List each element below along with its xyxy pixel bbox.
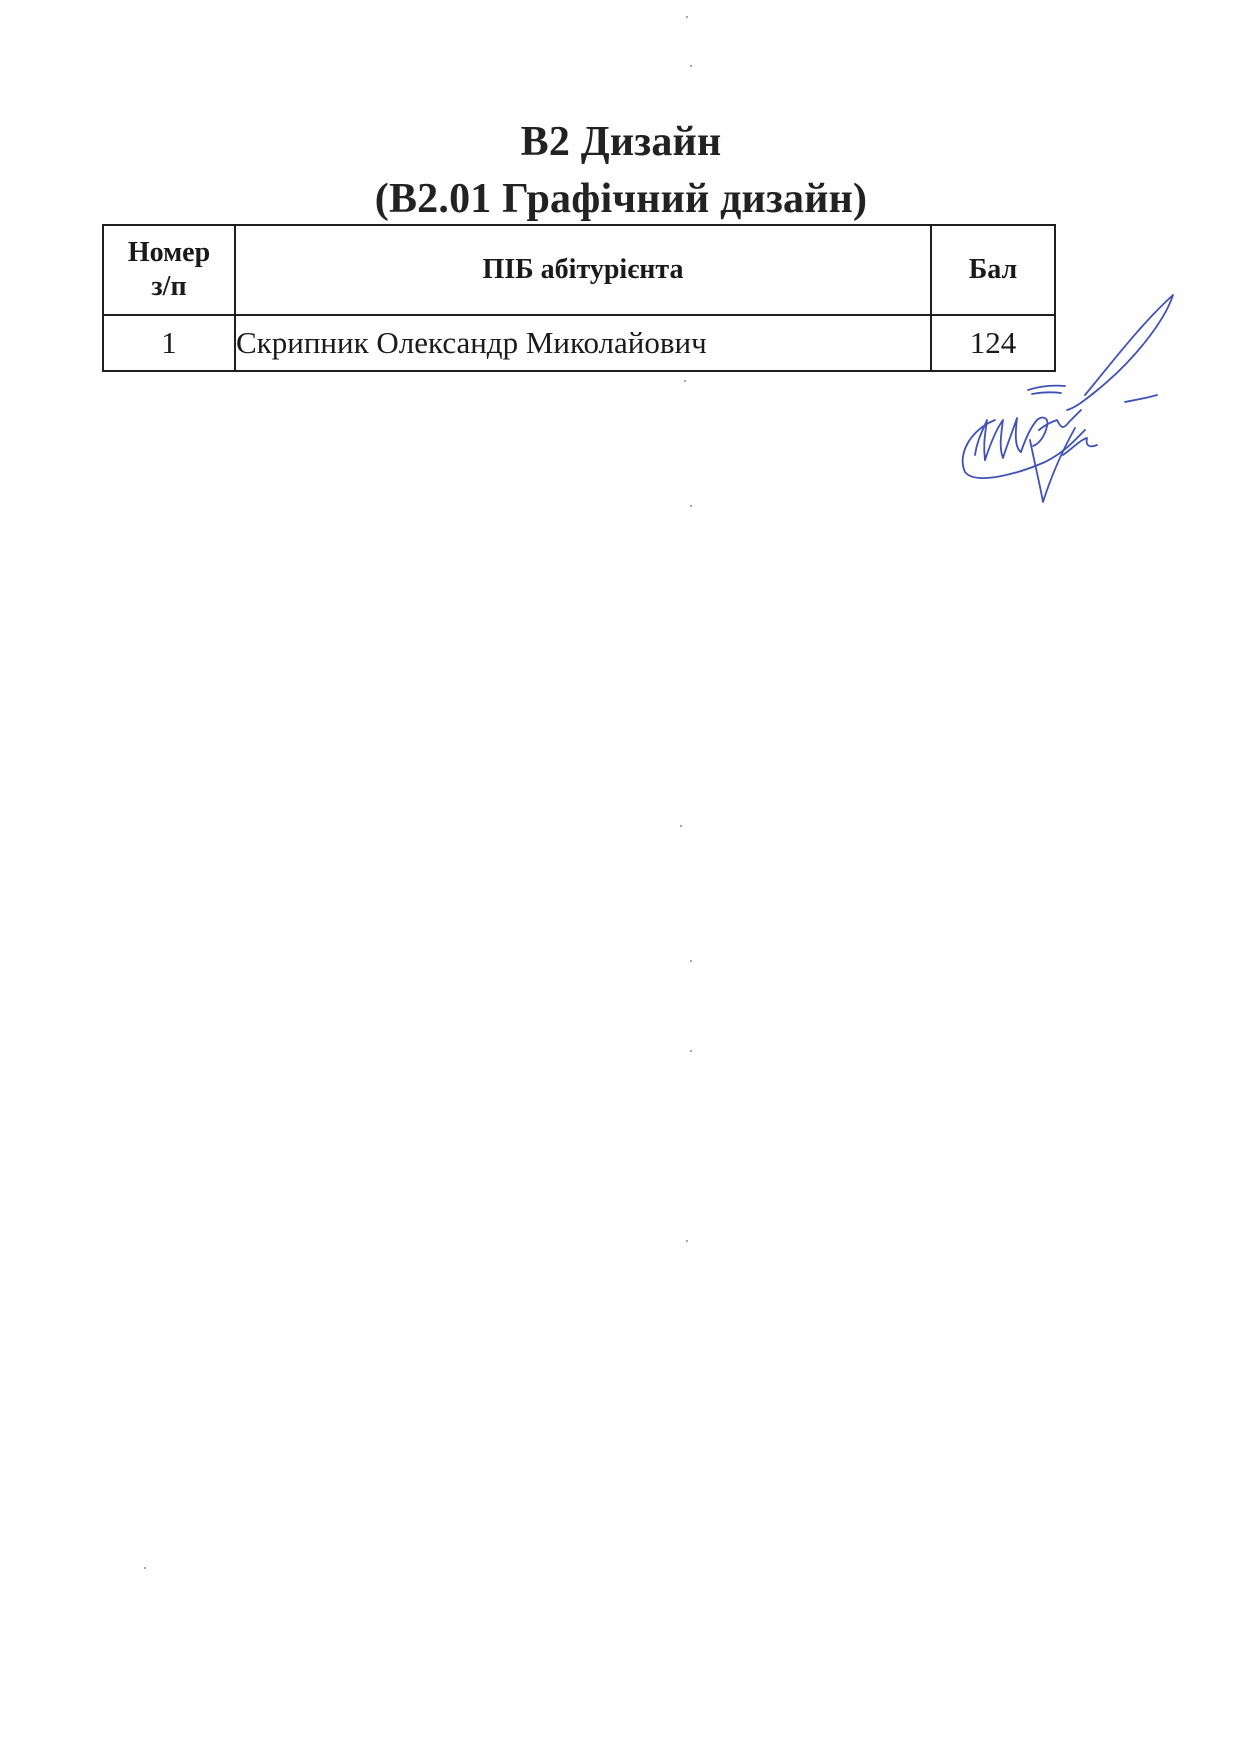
scan-speck — [686, 1240, 688, 1242]
document-subtitle: (В2.01 Графічний дизайн) — [0, 174, 1242, 224]
scan-speck — [690, 1050, 692, 1052]
header-name: ПІБ абітурієнта — [235, 225, 931, 315]
scan-speck — [690, 960, 692, 962]
table-header-row: Номер з/п ПІБ абітурієнта Бал — [103, 225, 1055, 315]
results-table: Номер з/п ПІБ абітурієнта Бал 1 Скрипник… — [102, 224, 1056, 372]
header-number-line1: Номер — [104, 236, 234, 270]
scan-speck — [690, 505, 692, 507]
cell-name: Скрипник Олександр Миколайович — [235, 315, 931, 371]
table-row: 1 Скрипник Олександр Миколайович 124 — [103, 315, 1055, 371]
header-number-line2: з/п — [104, 270, 234, 304]
header-number: Номер з/п — [103, 225, 235, 315]
document-title: В2 Дизайн — [0, 117, 1242, 167]
signature-icon — [935, 280, 1195, 520]
document-page: В2 Дизайн (В2.01 Графічний дизайн) Номер… — [0, 0, 1242, 1746]
scan-speck — [684, 380, 686, 382]
scan-speck — [690, 65, 692, 67]
scan-speck — [144, 1567, 146, 1569]
scan-speck — [680, 825, 682, 827]
cell-number: 1 — [103, 315, 235, 371]
scan-speck — [686, 16, 688, 18]
